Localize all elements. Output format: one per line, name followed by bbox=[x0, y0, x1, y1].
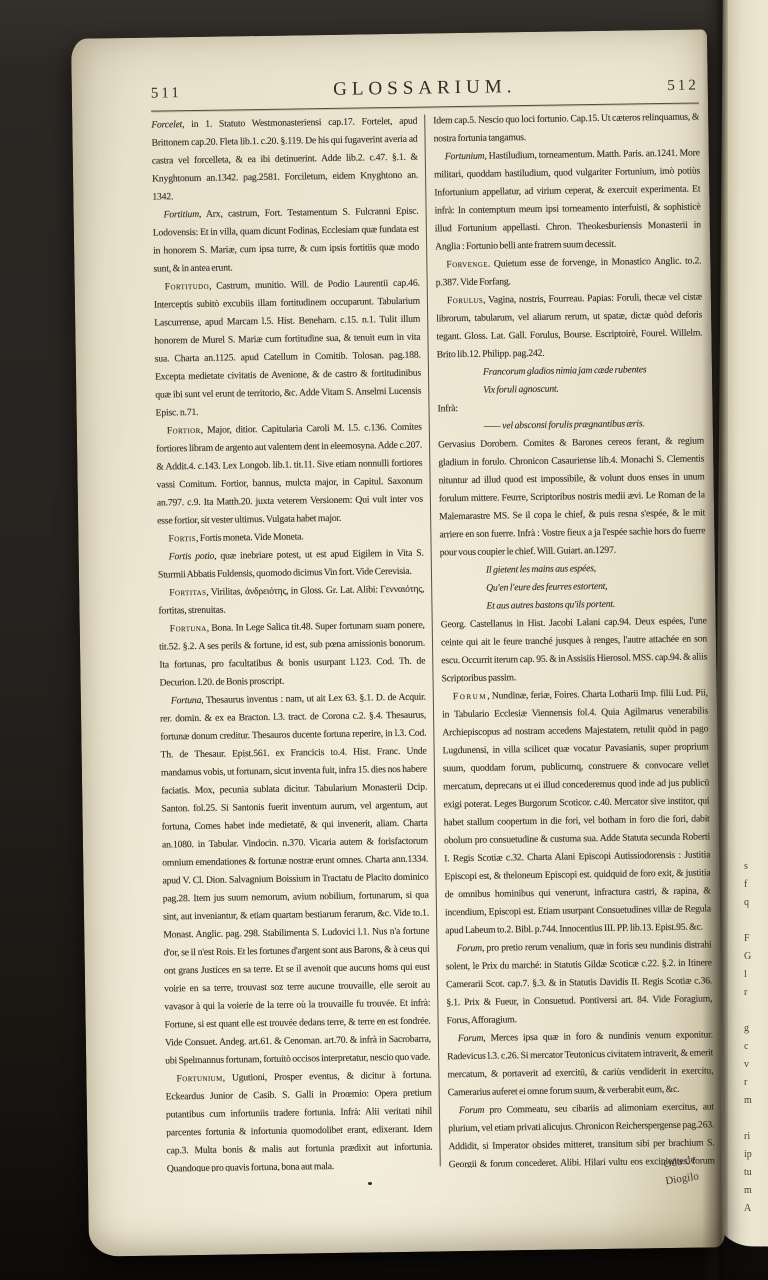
left-column: Forcelet, in 1. Statuto Westmonasteriens… bbox=[151, 113, 433, 1173]
entry-forulus-continuation: Gervasius Dorobern. Comites & Barones ce… bbox=[438, 432, 706, 562]
entry-fortitium: Fortitium, Arx, castrum, Fort. Testament… bbox=[152, 203, 419, 279]
entry-forcelet: Forcelet, in 1. Statuto Westmonasteriens… bbox=[151, 113, 418, 207]
entry-text: , in 1. Statuto Westmonasteriensi cap.17… bbox=[151, 116, 418, 203]
entry-text: , Major, ditior. Capitularia Caroli M. l… bbox=[156, 422, 423, 527]
entry-fortunium: Fortunium, Ugutioni, Prosper eventus, & … bbox=[165, 1067, 432, 1173]
entry-fortitudo: Fortitudo, Castrum, munitio. Will. de Po… bbox=[154, 275, 422, 423]
headword: Fortis potio bbox=[169, 551, 215, 563]
entry-text: , Hastiludium, torneamentum. Matth. Pari… bbox=[434, 147, 701, 252]
headword: Forum bbox=[456, 943, 482, 954]
entry-fortuna: Fortuna, Bona. In Lege Salica tit.48. Su… bbox=[159, 617, 426, 693]
headword: Fortunium bbox=[445, 151, 485, 163]
entry-fortis-potio: Fortis potio, quæ inebriare potest, ut e… bbox=[158, 545, 425, 585]
entry-text: Idem cap.5. Nescio quo loci fortunio. Ca… bbox=[433, 111, 699, 144]
right-column: Idem cap.5. Nescio quo loci fortunio. Ca… bbox=[433, 108, 715, 1168]
headword: Fortitas bbox=[169, 587, 206, 599]
ink-speck bbox=[368, 1182, 372, 1185]
book-page: 511 GLOSSARIUM. 512 Forcelet, in 1. Stat… bbox=[71, 29, 725, 1256]
adjacent-page-edge-letters: s f q F G l r g c v r m ri ip tu m A bbox=[744, 858, 766, 1218]
headword: Forum bbox=[453, 691, 488, 703]
entry-forulus: Forulus, Vagina, nostris, Fourreau. Papi… bbox=[436, 288, 703, 364]
entry-fortuna-thesaurus: Fortuna, Thesaurus inventus : nam, ut ai… bbox=[160, 689, 432, 1071]
running-title: GLOSSARIUM. bbox=[241, 75, 609, 102]
headword: Fortis bbox=[168, 533, 196, 544]
headword: Forulus bbox=[447, 295, 483, 307]
entry-text: , Ugutioni, Prosper eventus, & dicitur à… bbox=[166, 1070, 433, 1173]
page-number-right: 512 bbox=[609, 77, 699, 95]
headword: Fortitudo bbox=[165, 281, 210, 293]
headword: Fortior bbox=[167, 425, 201, 437]
headword: Forvenge bbox=[446, 259, 488, 271]
page-number-left: 511 bbox=[151, 84, 241, 102]
entry-text: , Thesaurus inventus : nam, ut ait Lex 6… bbox=[160, 692, 431, 1067]
scanned-book-photo: s f q F G l r g c v r m ri ip tu m A 511… bbox=[0, 0, 768, 1280]
castellanus-passage: Georg. Castellanus in Hist. Jacobi Lalan… bbox=[441, 612, 708, 688]
entry-text: , Merces ipsa quæ in foro & nundinis ven… bbox=[447, 1029, 713, 1098]
entry-fortior: Fortior, Major, ditior. Capitularia Caro… bbox=[156, 419, 424, 531]
headword: Forcelet bbox=[151, 119, 182, 130]
entry-fortunium-hastiludium: Fortunium, Hastiludium, torneamentum. Ma… bbox=[434, 144, 702, 256]
entry-text: , Nundinæ, feriæ, Foires. Charta Lothari… bbox=[442, 687, 711, 936]
verse-willelm-brito: Francorum gladios nimia jam cæde rubente… bbox=[483, 360, 704, 399]
page-text-block: 511 GLOSSARIUM. 512 Forcelet, in 1. Stat… bbox=[151, 73, 715, 1172]
entry-fortunium-continuation: Idem cap.5. Nescio quo loci fortunio. Ca… bbox=[433, 108, 700, 148]
headword: Fortuna bbox=[170, 623, 207, 635]
entry-forum: Forum, Nundinæ, feriæ, Foires. Charta Lo… bbox=[442, 684, 712, 940]
entry-text: , pro pretio rerum venalium, quæ in fori… bbox=[446, 939, 713, 1026]
headword: Forum bbox=[459, 1105, 485, 1116]
headword: Fortitium bbox=[164, 209, 200, 221]
entry-fortitas: Fortitas, Virilitas, ἀνδρειότης, in Glos… bbox=[158, 581, 425, 621]
entry-text: , Fortis moneta. Vide Moneta. bbox=[196, 531, 304, 544]
text-columns: Forcelet, in 1. Statuto Westmonasteriens… bbox=[151, 108, 715, 1172]
headword: Fortuna bbox=[171, 695, 202, 706]
headword: Fortunium bbox=[176, 1073, 222, 1085]
book-gutter-shadow bbox=[702, 0, 728, 1280]
verse-guiart: Il gietent les mains aus espées, Qu'en l… bbox=[486, 558, 707, 615]
entry-text: , Castrum, munitio. Will. de Podio Laure… bbox=[154, 278, 421, 419]
entry-forum-pretio: Forum, pro pretio rerum venalium, quæ in… bbox=[445, 936, 712, 1030]
headword: Forum bbox=[458, 1033, 484, 1044]
entry-forvenge: Forvenge. Quietum esse de forvenge, in M… bbox=[435, 252, 702, 292]
entry-forum-merces: Forum, Merces ipsa quæ in foro & nundini… bbox=[447, 1026, 714, 1102]
